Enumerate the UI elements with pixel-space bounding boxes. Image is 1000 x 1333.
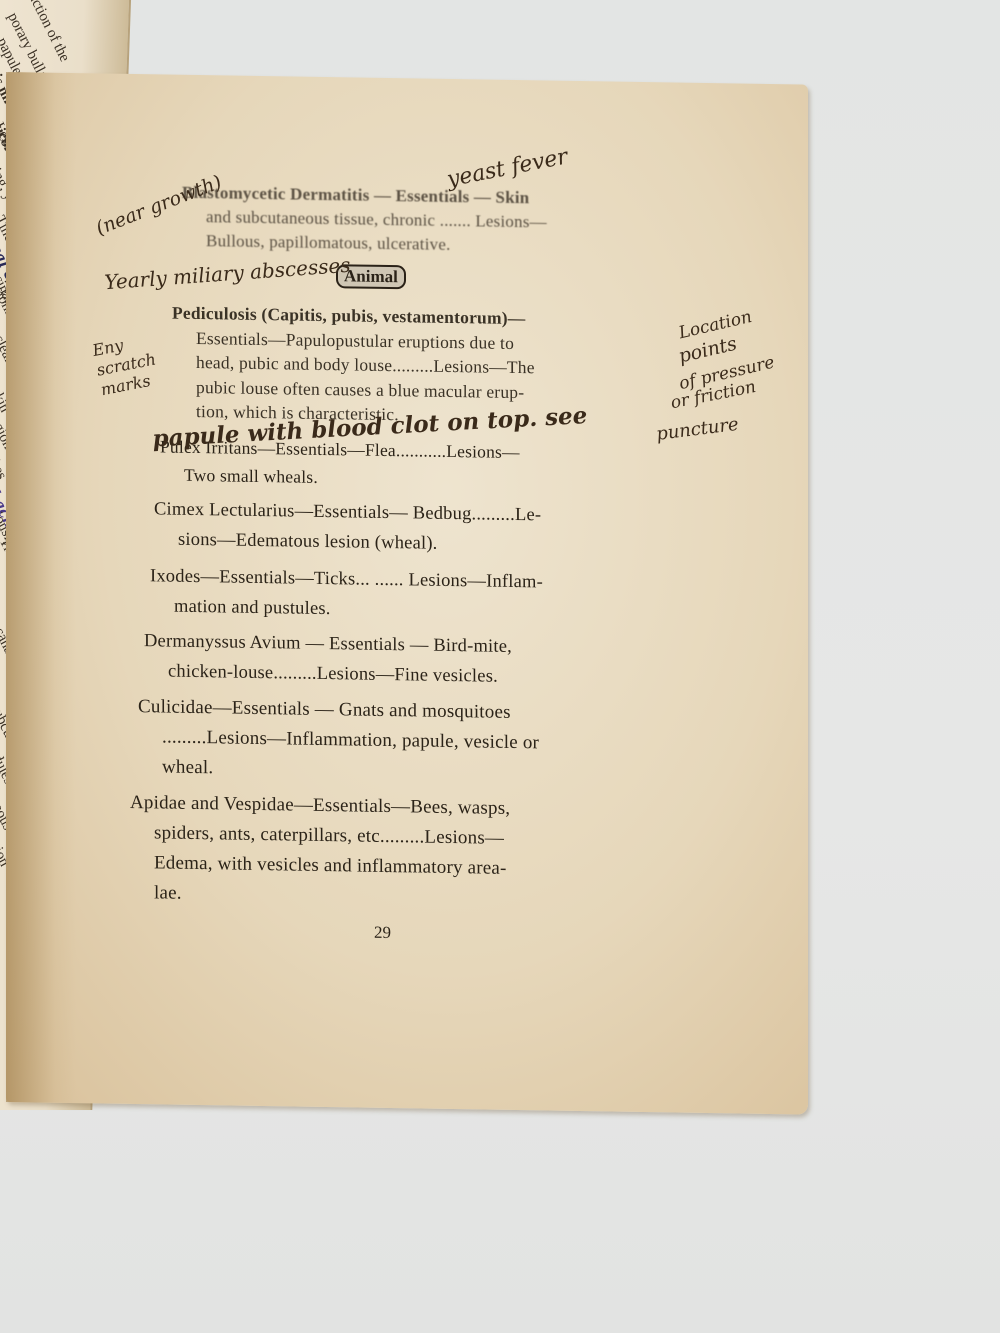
entry-dermanyssus-avium: Dermanyssus Avium — Essentials — Bird-mi… [144, 626, 512, 692]
book-page: Blastomycetic Dermatitis — Essentials — … [6, 72, 808, 1115]
entry-line: sions—Edematous lesion (wheal). [154, 524, 541, 560]
entry-line: wheal. [138, 752, 539, 788]
entry-line: Two small wheals. [160, 460, 520, 494]
entry-line: lae. [130, 878, 510, 914]
handwritten-note: Yearly miliary abscesses [103, 253, 351, 295]
entry-ixodes: Ixodes—Essentials—Ticks... ...... Lesion… [150, 561, 543, 627]
entry-line: mation and pustules. [150, 591, 543, 627]
entry-cimex-lectularius: Cimex Lectularius—Essentials— Bedbug....… [154, 494, 541, 560]
entry-apidae-vespidae: Apidae and Vespidae—Essentials—Bees, was… [130, 788, 510, 914]
page-content: Blastomycetic Dermatitis — Essentials — … [6, 72, 808, 1115]
entry-line: Edema, with vesicles and inflammatory ar… [130, 848, 510, 884]
entry-line: chicken-louse.........Lesions—Fine vesic… [144, 656, 512, 692]
page-number: 29 [374, 923, 391, 943]
entry-blastomycetic-dermatitis: Blastomycetic Dermatitis — Essentials — … [182, 181, 547, 259]
handwritten-note: puncture [655, 414, 740, 445]
entry-culicidae: Culicidae—Essentials — Gnats and mosquit… [138, 692, 539, 788]
